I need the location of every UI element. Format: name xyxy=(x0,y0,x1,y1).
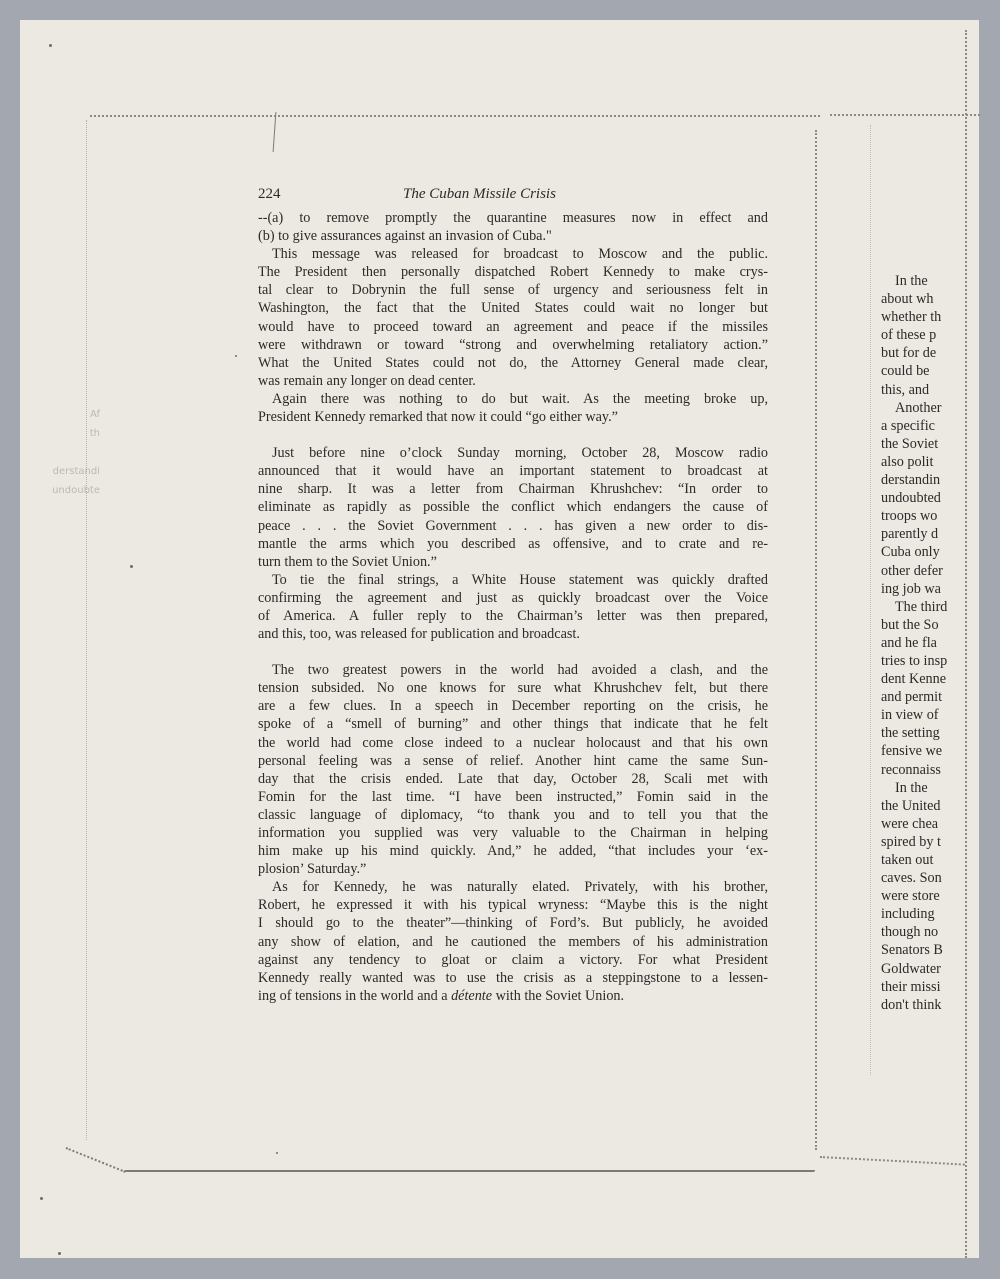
left-margin-bleed-text: Afth derstandiundoubte xyxy=(30,405,100,500)
text-line: classic language of diplomacy, “to thank… xyxy=(258,806,768,824)
text-line: To tie the final strings, a White House … xyxy=(258,571,768,589)
fragment-line: could be xyxy=(881,362,961,380)
text-line: were withdrawn or toward “strong and ove… xyxy=(258,336,768,354)
text-line: I should go to the theater”—thinking of … xyxy=(258,914,768,932)
fragment-line: but the So xyxy=(881,616,961,634)
text-line: personal feeling was a sense of relief. … xyxy=(258,752,768,770)
scan-speck xyxy=(276,1152,278,1154)
text-line: spoke of a “smell of burning” and other … xyxy=(258,715,768,733)
text-line: plosion’ Saturday.” xyxy=(258,860,768,878)
text-line: turn them to the Soviet Union.” xyxy=(258,553,768,571)
text-line: Fomin for the last time. “I have been in… xyxy=(258,788,768,806)
fragment-line: in view of xyxy=(881,706,961,724)
fragment-line: undoubted xyxy=(881,489,961,507)
fragment-line: The third xyxy=(881,598,961,616)
photocopy-frame-bottom xyxy=(125,1170,815,1172)
text-line: eliminate as rapidly as possible the con… xyxy=(258,498,768,516)
fragment-line: the Soviet xyxy=(881,435,961,453)
text-line: Washington, the fact that the United Sta… xyxy=(258,299,768,317)
text-line: ing of tensions in the world and a déten… xyxy=(258,987,768,1005)
photocopy-frame-top xyxy=(90,115,820,117)
fragment-line: other defer xyxy=(881,562,961,580)
italic-word: détente xyxy=(451,988,492,1004)
fragment-line: a specific xyxy=(881,417,961,435)
fragment-line: parently d xyxy=(881,525,961,543)
text-line: announced that it would have an importan… xyxy=(258,462,768,480)
fragment-line: derstandin xyxy=(881,471,961,489)
text-line: What the United States could not do, the… xyxy=(258,354,768,372)
text-line: peace . . . the Soviet Government . . . … xyxy=(258,517,768,535)
fragment-line: and permit xyxy=(881,688,961,706)
fragment-line: also polit xyxy=(881,453,961,471)
book-page: 224 The Cuban Missile Crisis --(a) to re… xyxy=(258,185,768,1005)
fragment-line: Cuba only xyxy=(881,543,961,561)
bleed-line: th xyxy=(30,424,100,443)
text-line: confirming the agreement and just as qui… xyxy=(258,589,768,607)
text-line: day that the crisis ended. Late that day… xyxy=(258,770,768,788)
fragment-line: ing job wa xyxy=(881,580,961,598)
text-line: any show of elation, and he cautioned th… xyxy=(258,933,768,951)
fragment-line: tries to insp xyxy=(881,652,961,670)
text-line: was remain any longer on dead center. xyxy=(258,372,768,390)
fragment-line: reconnaiss xyxy=(881,761,961,779)
fragment-line: troops wo xyxy=(881,507,961,525)
text-line: Just before nine o’clock Sunday morning,… xyxy=(258,444,768,462)
fragment-line: fensive we xyxy=(881,742,961,760)
fragment-line: In the xyxy=(881,272,961,290)
scan-speck xyxy=(235,355,237,357)
text-line: --(a) to remove promptly the quarantine … xyxy=(258,209,768,227)
text-line: President Kennedy remarked that now it c… xyxy=(258,408,768,426)
bleed-line: derstandi xyxy=(30,462,100,481)
bleed-line: Af xyxy=(30,405,100,424)
fragment-line: whether th xyxy=(881,308,961,326)
running-title: The Cuban Missile Crisis xyxy=(403,185,556,203)
fragment-line: though no xyxy=(881,923,961,941)
text-line: would have to proceed toward an agreemen… xyxy=(258,318,768,336)
fragment-line: were chea xyxy=(881,815,961,833)
scan-speck xyxy=(40,1197,43,1200)
bleed-line: undoubte xyxy=(30,481,100,500)
fragment-line: Senators B xyxy=(881,941,961,959)
page-number: 224 xyxy=(258,185,403,203)
text-line: nine sharp. It was a letter from Chairma… xyxy=(258,480,768,498)
text-line: him make up his mind quickly. And,” he a… xyxy=(258,842,768,860)
fragment-line: spired by t xyxy=(881,833,961,851)
text-line: mantle the arms which you described as o… xyxy=(258,535,768,553)
facing-page-fragment: In theabout whwhether thof these pbut fo… xyxy=(881,272,961,1014)
fragment-line: but for de xyxy=(881,344,961,362)
fragment-line: caves. Son xyxy=(881,869,961,887)
text-line: tal clear to Dobrynin the full sense of … xyxy=(258,281,768,299)
photocopy-gutter-faint-line xyxy=(870,125,871,1075)
photocopy-frame-top-right xyxy=(830,114,980,116)
text-line: As for Kennedy, he was naturally elated.… xyxy=(258,878,768,896)
text-line: tension subsided. No one knows for sure … xyxy=(258,679,768,697)
text-line: and this, too, was released for publicat… xyxy=(258,625,768,643)
text-line: the world had come close indeed to a nuc… xyxy=(258,734,768,752)
fragment-line: and he fla xyxy=(881,634,961,652)
fragment-line: taken out xyxy=(881,851,961,869)
fragment-line: dent Kenne xyxy=(881,670,961,688)
fragment-line: including xyxy=(881,905,961,923)
running-head: 224 The Cuban Missile Crisis xyxy=(258,185,768,207)
fragment-line: about wh xyxy=(881,290,961,308)
fragment-line: were store xyxy=(881,887,961,905)
text-line: This message was released for broadcast … xyxy=(258,245,768,263)
text-line: are a few clues. In a speech in December… xyxy=(258,697,768,715)
fragment-line: their missi xyxy=(881,978,961,996)
photocopy-frame-left xyxy=(86,120,87,1140)
fragment-line: this, and xyxy=(881,381,961,399)
fragment-line: of these p xyxy=(881,326,961,344)
fragment-line: Goldwater xyxy=(881,960,961,978)
fragment-line: In the xyxy=(881,779,961,797)
scan-speck xyxy=(49,44,52,47)
text-line: Again there was nothing to do but wait. … xyxy=(258,390,768,408)
fragment-line: the United xyxy=(881,797,961,815)
fragment-line: don't think xyxy=(881,996,961,1014)
scan-speck xyxy=(58,1252,61,1255)
text-line: Robert, he expressed it with his typical… xyxy=(258,896,768,914)
fragment-line: Another xyxy=(881,399,961,417)
bleed-line xyxy=(30,443,100,462)
text-line: information you supplied was very valuab… xyxy=(258,824,768,842)
text-line: Kennedy really wanted was to use the cri… xyxy=(258,969,768,987)
text-line: (b) to give assurances against an invasi… xyxy=(258,227,768,245)
fragment-line: the setting xyxy=(881,724,961,742)
text-line: of America. A fuller reply to the Chairm… xyxy=(258,607,768,625)
page-body-text: --(a) to remove promptly the quarantine … xyxy=(258,209,768,1005)
text-line: against any tendency to gloat or claim a… xyxy=(258,951,768,969)
text-line: The two greatest powers in the world had… xyxy=(258,661,768,679)
photocopy-gutter-line xyxy=(815,130,817,1150)
photocopy-frame-right xyxy=(965,30,967,1258)
scan-speck xyxy=(130,565,133,568)
text-line: The President then personally dispatched… xyxy=(258,263,768,281)
